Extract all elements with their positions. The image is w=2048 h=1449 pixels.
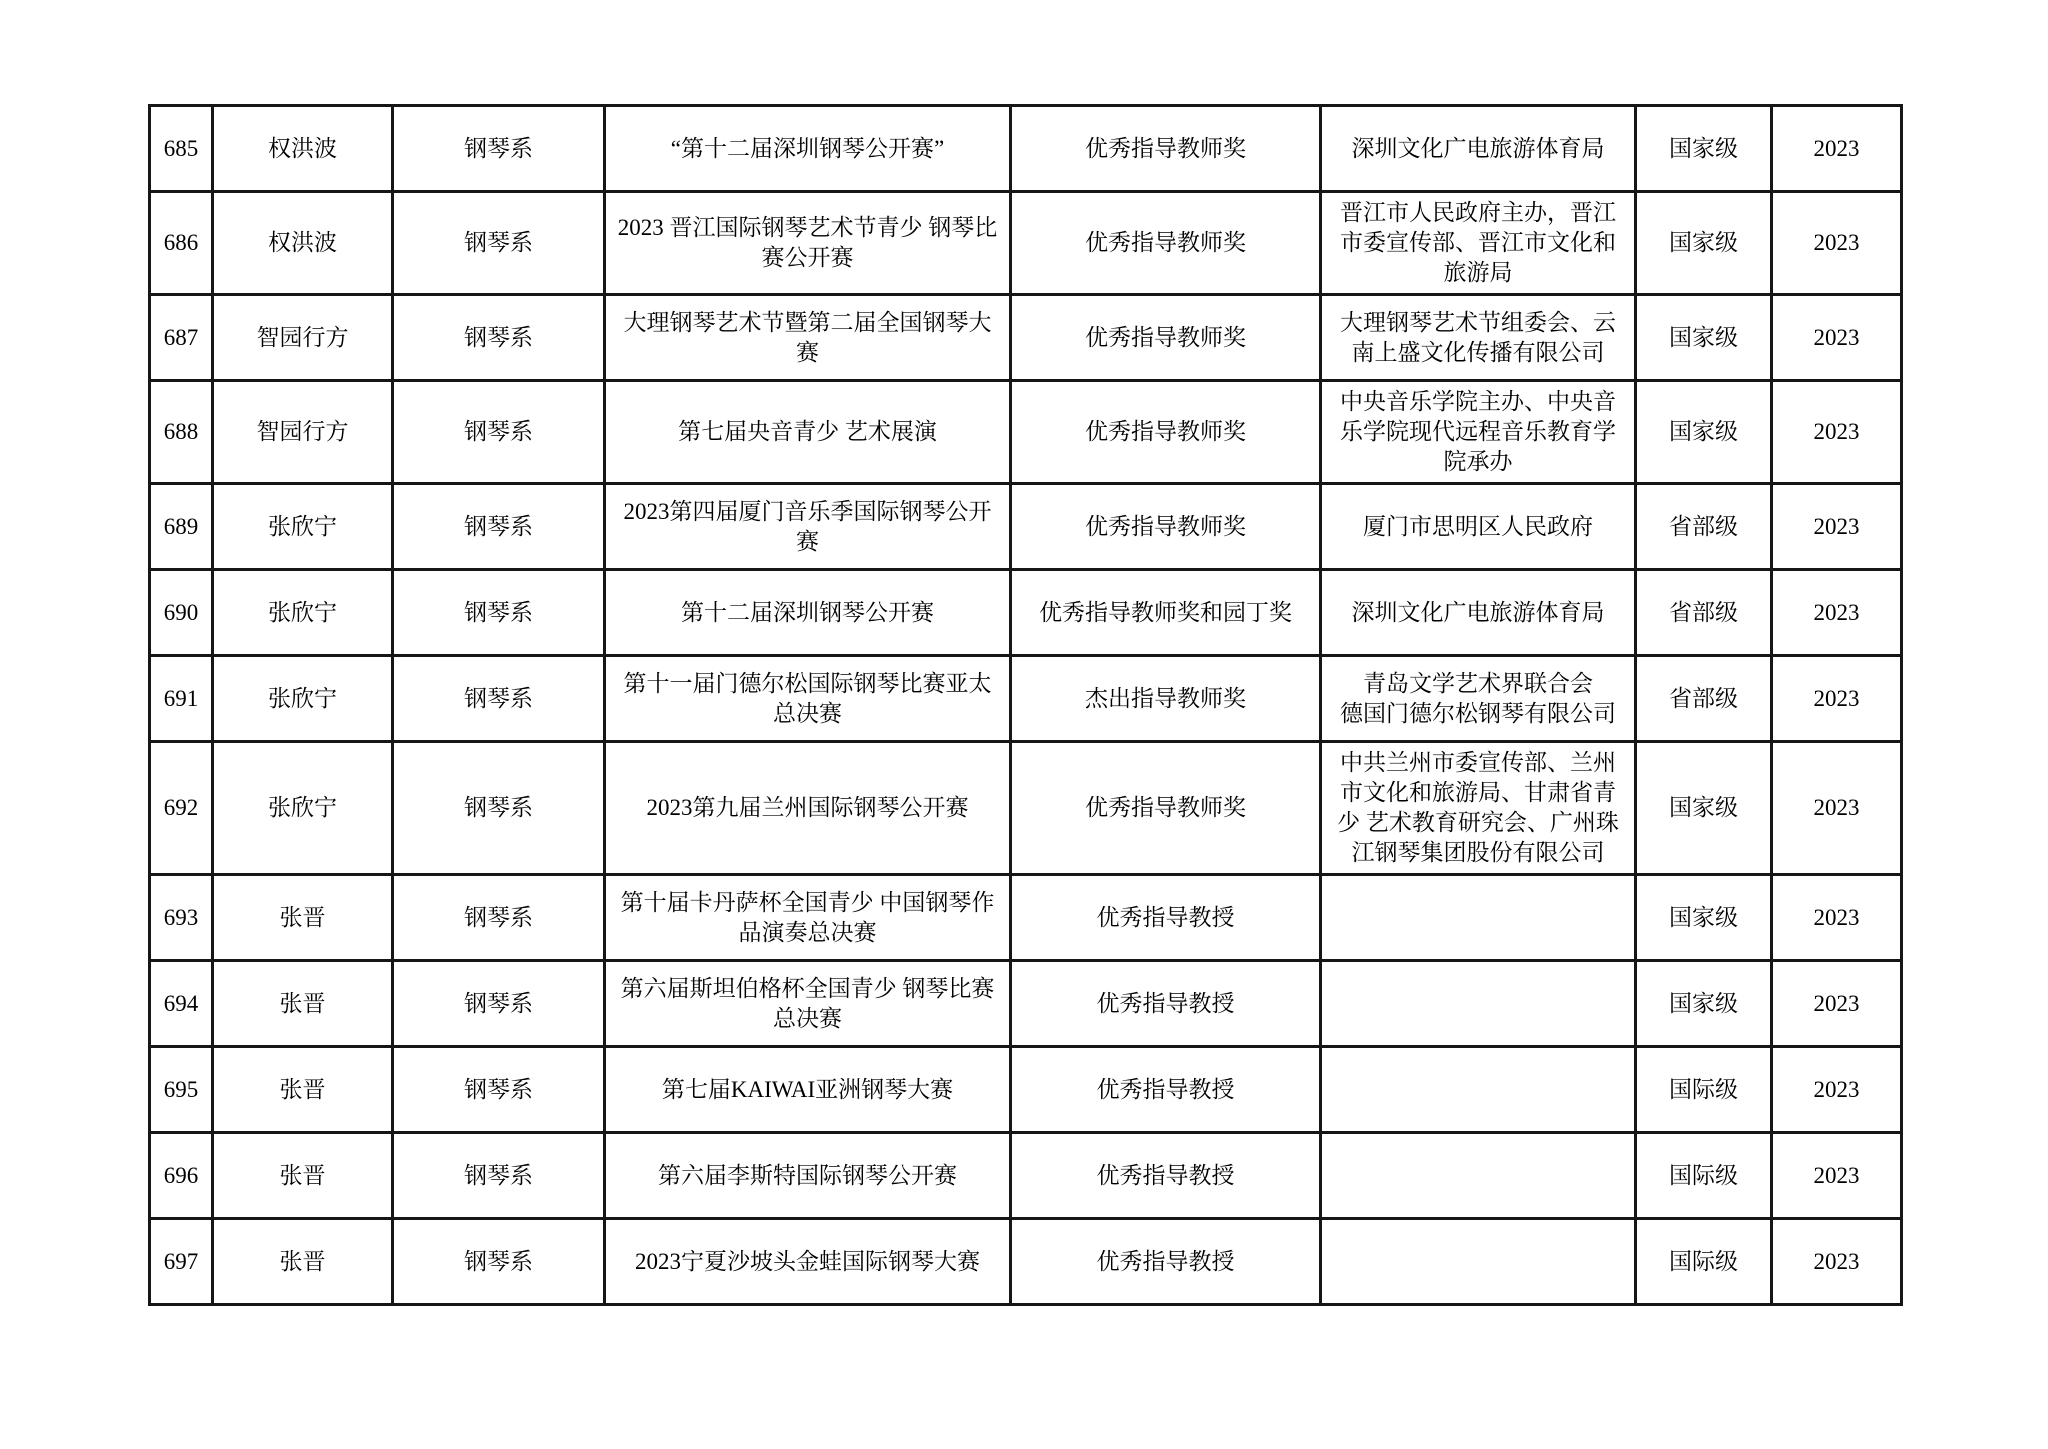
cell-award: 优秀指导教师奖 bbox=[1011, 106, 1321, 192]
cell-organizer: 深圳文化广电旅游体育局 bbox=[1321, 570, 1636, 656]
cell-row-number: 685 bbox=[150, 106, 213, 192]
cell-department: 钢琴系 bbox=[393, 192, 605, 295]
table-row: 686 权洪波 钢琴系 2023 晋江国际钢琴艺术节青少 钢琴比赛公开赛 优秀指… bbox=[150, 192, 1902, 295]
cell-teacher-name: 张晋 bbox=[213, 1219, 393, 1305]
cell-row-number: 686 bbox=[150, 192, 213, 295]
cell-award: 优秀指导教师奖和园丁奖 bbox=[1011, 570, 1321, 656]
cell-level: 省部级 bbox=[1636, 656, 1772, 742]
cell-year: 2023 bbox=[1772, 484, 1902, 570]
cell-teacher-name: 智园行方 bbox=[213, 295, 393, 381]
cell-year: 2023 bbox=[1772, 106, 1902, 192]
cell-competition: 2023 晋江国际钢琴艺术节青少 钢琴比赛公开赛 bbox=[605, 192, 1011, 295]
cell-competition: “第十二届深圳钢琴公开赛” bbox=[605, 106, 1011, 192]
cell-department: 钢琴系 bbox=[393, 961, 605, 1047]
cell-level: 国家级 bbox=[1636, 106, 1772, 192]
cell-award: 优秀指导教授 bbox=[1011, 1047, 1321, 1133]
cell-level: 省部级 bbox=[1636, 484, 1772, 570]
cell-teacher-name: 权洪波 bbox=[213, 192, 393, 295]
cell-competition: 2023第四届厦门音乐季国际钢琴公开赛 bbox=[605, 484, 1011, 570]
cell-competition: 2023第九届兰州国际钢琴公开赛 bbox=[605, 742, 1011, 875]
cell-row-number: 689 bbox=[150, 484, 213, 570]
cell-organizer: 大理钢琴艺术节组委会、云南上盛文化传播有限公司 bbox=[1321, 295, 1636, 381]
awards-table: 685 权洪波 钢琴系 “第十二届深圳钢琴公开赛” 优秀指导教师奖 深圳文化广电… bbox=[148, 104, 1903, 1306]
cell-award: 优秀指导教授 bbox=[1011, 1219, 1321, 1305]
table-row: 687 智园行方 钢琴系 大理钢琴艺术节暨第二届全国钢琴大赛 优秀指导教师奖 大… bbox=[150, 295, 1902, 381]
cell-level: 国际级 bbox=[1636, 1133, 1772, 1219]
cell-organizer: 青岛文学艺术界联合会 德国门德尔松钢琴有限公司 bbox=[1321, 656, 1636, 742]
cell-award: 优秀指导教授 bbox=[1011, 875, 1321, 961]
cell-row-number: 696 bbox=[150, 1133, 213, 1219]
cell-competition: 第十届卡丹萨杯全国青少 中国钢琴作品演奏总决赛 bbox=[605, 875, 1011, 961]
cell-row-number: 695 bbox=[150, 1047, 213, 1133]
cell-department: 钢琴系 bbox=[393, 1133, 605, 1219]
cell-year: 2023 bbox=[1772, 961, 1902, 1047]
cell-level: 国家级 bbox=[1636, 875, 1772, 961]
cell-teacher-name: 智园行方 bbox=[213, 381, 393, 484]
table-row: 690 张欣宁 钢琴系 第十二届深圳钢琴公开赛 优秀指导教师奖和园丁奖 深圳文化… bbox=[150, 570, 1902, 656]
cell-row-number: 690 bbox=[150, 570, 213, 656]
cell-award: 优秀指导教师奖 bbox=[1011, 484, 1321, 570]
table-row: 694 张晋 钢琴系 第六届斯坦伯格杯全国青少 钢琴比赛总决赛 优秀指导教授 国… bbox=[150, 961, 1902, 1047]
cell-award: 优秀指导教师奖 bbox=[1011, 295, 1321, 381]
cell-year: 2023 bbox=[1772, 656, 1902, 742]
table-row: 696 张晋 钢琴系 第六届李斯特国际钢琴公开赛 优秀指导教授 国际级 2023 bbox=[150, 1133, 1902, 1219]
cell-level: 省部级 bbox=[1636, 570, 1772, 656]
table-row: 693 张晋 钢琴系 第十届卡丹萨杯全国青少 中国钢琴作品演奏总决赛 优秀指导教… bbox=[150, 875, 1902, 961]
cell-teacher-name: 张欣宁 bbox=[213, 484, 393, 570]
cell-row-number: 692 bbox=[150, 742, 213, 875]
cell-level: 国家级 bbox=[1636, 192, 1772, 295]
cell-organizer: 晋江市人民政府主办，晋江市委宣传部、晋江市文化和旅游局 bbox=[1321, 192, 1636, 295]
cell-organizer bbox=[1321, 961, 1636, 1047]
cell-award: 优秀指导教师奖 bbox=[1011, 192, 1321, 295]
cell-teacher-name: 张欣宁 bbox=[213, 656, 393, 742]
cell-organizer: 中央音乐学院主办、中央音乐学院现代远程音乐教育学院承办 bbox=[1321, 381, 1636, 484]
cell-year: 2023 bbox=[1772, 1047, 1902, 1133]
table-row: 685 权洪波 钢琴系 “第十二届深圳钢琴公开赛” 优秀指导教师奖 深圳文化广电… bbox=[150, 106, 1902, 192]
cell-row-number: 691 bbox=[150, 656, 213, 742]
cell-row-number: 697 bbox=[150, 1219, 213, 1305]
cell-year: 2023 bbox=[1772, 381, 1902, 484]
document-page: 685 权洪波 钢琴系 “第十二届深圳钢琴公开赛” 优秀指导教师奖 深圳文化广电… bbox=[0, 0, 2048, 1449]
cell-competition: 2023宁夏沙坡头金蛙国际钢琴大赛 bbox=[605, 1219, 1011, 1305]
cell-level: 国家级 bbox=[1636, 742, 1772, 875]
cell-department: 钢琴系 bbox=[393, 875, 605, 961]
cell-department: 钢琴系 bbox=[393, 295, 605, 381]
cell-department: 钢琴系 bbox=[393, 742, 605, 875]
cell-level: 国际级 bbox=[1636, 1047, 1772, 1133]
cell-competition: 第十一届门德尔松国际钢琴比赛亚太总决赛 bbox=[605, 656, 1011, 742]
table-row: 691 张欣宁 钢琴系 第十一届门德尔松国际钢琴比赛亚太总决赛 杰出指导教师奖 … bbox=[150, 656, 1902, 742]
cell-department: 钢琴系 bbox=[393, 381, 605, 484]
cell-row-number: 687 bbox=[150, 295, 213, 381]
cell-competition: 第七届KAIWAI亚洲钢琴大赛 bbox=[605, 1047, 1011, 1133]
cell-level: 国家级 bbox=[1636, 295, 1772, 381]
table-row: 688 智园行方 钢琴系 第七届央音青少 艺术展演 优秀指导教师奖 中央音乐学院… bbox=[150, 381, 1902, 484]
cell-organizer: 中共兰州市委宣传部、兰州市文化和旅游局、甘肃省青少 艺术教育研究会、广州珠江钢琴… bbox=[1321, 742, 1636, 875]
cell-teacher-name: 张晋 bbox=[213, 875, 393, 961]
cell-teacher-name: 权洪波 bbox=[213, 106, 393, 192]
cell-year: 2023 bbox=[1772, 570, 1902, 656]
cell-department: 钢琴系 bbox=[393, 1219, 605, 1305]
cell-competition: 第六届李斯特国际钢琴公开赛 bbox=[605, 1133, 1011, 1219]
cell-organizer bbox=[1321, 1133, 1636, 1219]
cell-organizer bbox=[1321, 875, 1636, 961]
cell-organizer: 深圳文化广电旅游体育局 bbox=[1321, 106, 1636, 192]
cell-level: 国家级 bbox=[1636, 961, 1772, 1047]
cell-competition: 第七届央音青少 艺术展演 bbox=[605, 381, 1011, 484]
cell-year: 2023 bbox=[1772, 192, 1902, 295]
cell-organizer: 厦门市思明区人民政府 bbox=[1321, 484, 1636, 570]
cell-award: 优秀指导教授 bbox=[1011, 961, 1321, 1047]
table-row: 692 张欣宁 钢琴系 2023第九届兰州国际钢琴公开赛 优秀指导教师奖 中共兰… bbox=[150, 742, 1902, 875]
cell-department: 钢琴系 bbox=[393, 656, 605, 742]
cell-year: 2023 bbox=[1772, 1133, 1902, 1219]
cell-teacher-name: 张晋 bbox=[213, 1047, 393, 1133]
cell-year: 2023 bbox=[1772, 742, 1902, 875]
cell-award: 杰出指导教师奖 bbox=[1011, 656, 1321, 742]
awards-table-body: 685 权洪波 钢琴系 “第十二届深圳钢琴公开赛” 优秀指导教师奖 深圳文化广电… bbox=[150, 106, 1902, 1305]
cell-teacher-name: 张欣宁 bbox=[213, 570, 393, 656]
cell-department: 钢琴系 bbox=[393, 570, 605, 656]
cell-level: 国家级 bbox=[1636, 381, 1772, 484]
table-row: 695 张晋 钢琴系 第七届KAIWAI亚洲钢琴大赛 优秀指导教授 国际级 20… bbox=[150, 1047, 1902, 1133]
table-row: 697 张晋 钢琴系 2023宁夏沙坡头金蛙国际钢琴大赛 优秀指导教授 国际级 … bbox=[150, 1219, 1902, 1305]
cell-level: 国际级 bbox=[1636, 1219, 1772, 1305]
cell-row-number: 688 bbox=[150, 381, 213, 484]
cell-award: 优秀指导教授 bbox=[1011, 1133, 1321, 1219]
cell-teacher-name: 张晋 bbox=[213, 961, 393, 1047]
cell-year: 2023 bbox=[1772, 295, 1902, 381]
cell-organizer bbox=[1321, 1219, 1636, 1305]
cell-year: 2023 bbox=[1772, 875, 1902, 961]
cell-award: 优秀指导教师奖 bbox=[1011, 381, 1321, 484]
cell-competition: 大理钢琴艺术节暨第二届全国钢琴大赛 bbox=[605, 295, 1011, 381]
cell-award: 优秀指导教师奖 bbox=[1011, 742, 1321, 875]
cell-organizer bbox=[1321, 1047, 1636, 1133]
cell-department: 钢琴系 bbox=[393, 106, 605, 192]
cell-department: 钢琴系 bbox=[393, 1047, 605, 1133]
cell-teacher-name: 张晋 bbox=[213, 1133, 393, 1219]
cell-competition: 第十二届深圳钢琴公开赛 bbox=[605, 570, 1011, 656]
cell-teacher-name: 张欣宁 bbox=[213, 742, 393, 875]
cell-year: 2023 bbox=[1772, 1219, 1902, 1305]
cell-department: 钢琴系 bbox=[393, 484, 605, 570]
cell-competition: 第六届斯坦伯格杯全国青少 钢琴比赛总决赛 bbox=[605, 961, 1011, 1047]
table-row: 689 张欣宁 钢琴系 2023第四届厦门音乐季国际钢琴公开赛 优秀指导教师奖 … bbox=[150, 484, 1902, 570]
cell-row-number: 693 bbox=[150, 875, 213, 961]
cell-row-number: 694 bbox=[150, 961, 213, 1047]
